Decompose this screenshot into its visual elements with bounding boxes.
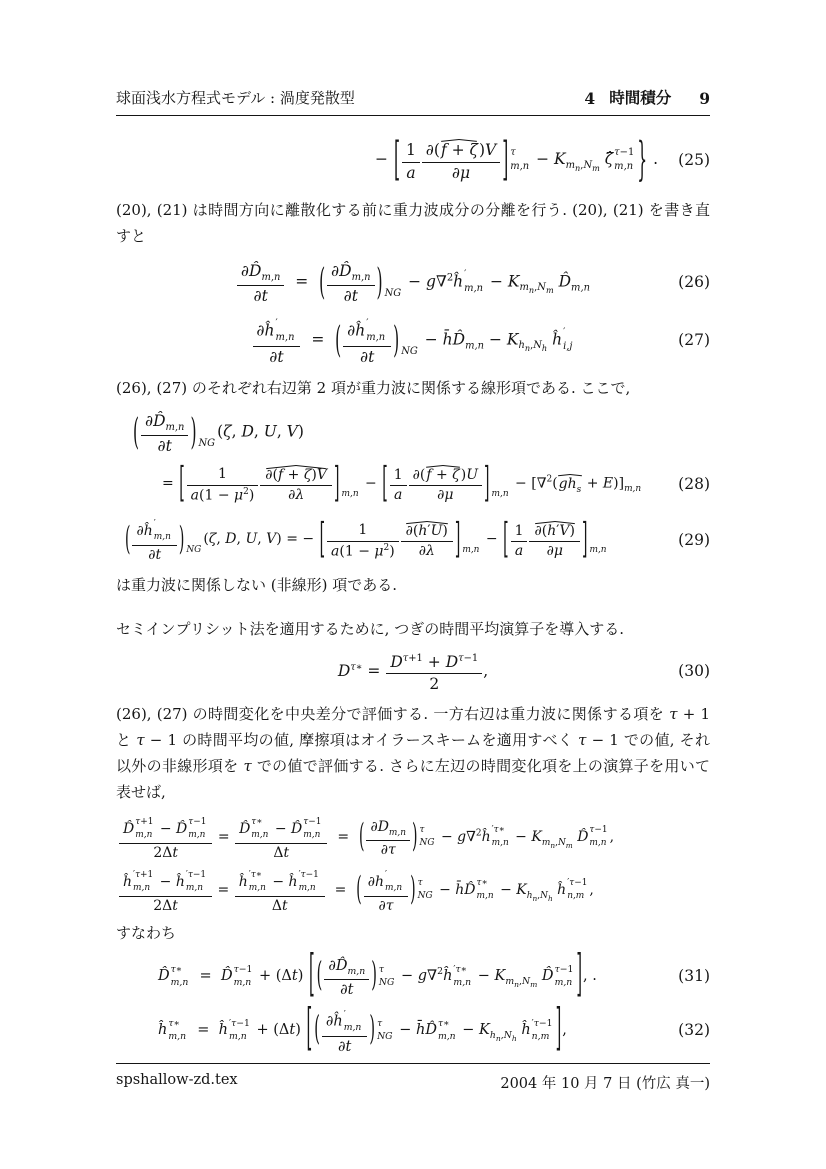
paragraph-semi-implicit: セミインプリシット法を適用するために, つぎの時間平均演算子を導入する. (116, 617, 710, 643)
equation-31: D̂τ∗m,n = D̂τ−1m,n + (Δt) [(∂D̂m,n∂t)τNG… (116, 949, 710, 1003)
page-content: 球面浅水方程式モデル : 渦度発散型 4 時間積分 9 − [1a∂(f + ζ… (116, 86, 710, 1057)
equation-unnumbered-height-body: ĥ′τ+1m,n − ĥ′τ−1m,n2Δt = ĥ′τ∗m,n − ĥ′τ−1… (118, 865, 594, 915)
equation-25: − [1a∂(f + ζ)V∂μ]τm,n − Kmn,Nm ζ̂τ−1m,n}… (116, 134, 710, 186)
equation-28-line1-body: (∂D̂m,n∂t) NG(ζ, D, U, V) (132, 408, 304, 457)
equation-29: (∂ĥ′m,n∂t) NG(ζ, D, U, V) = − [1a(1 − μ2… (116, 513, 710, 567)
equation-32: ĥτ∗m,n = ĥ′τ−1m,n + (Δt) [(∂ĥ′m,n∂t)τNG … (116, 1003, 710, 1057)
equation-28-line1: (∂D̂m,n∂t) NG(ζ, D, U, V) (116, 408, 710, 457)
equation-29-body: (∂ĥ′m,n∂t) NG(ζ, D, U, V) = − [1a(1 − μ2… (124, 514, 609, 564)
equation-25-body: − [1a∂(f + ζ)V∂μ]τm,n − Kmn,Nm ζ̂τ−1m,n}… (375, 137, 658, 183)
equation-28-line2-body: = [1a(1 − μ2)∂(f + ζ)V∂λ] m,n − [1a∂(f +… (162, 462, 641, 505)
footer-date: 2004 年 10 月 7 日 (竹広 真一) (500, 1072, 710, 1093)
equation-26-number: (26) (678, 273, 710, 291)
equation-unnumbered-height: ĥ′τ+1m,n − ĥ′τ−1m,n2Δt = ĥ′τ∗m,n − ĥ′τ−1… (116, 865, 710, 915)
document-page: 球面浅水方程式モデル : 渦度発散型 4 時間積分 9 − [1a∂(f + ζ… (0, 0, 826, 1169)
paragraph-time-differencing: (26), (27) の時間変化を中央差分で評価する. 一方右辺は重力波に関係す… (116, 702, 710, 806)
equation-30: Dτ∗ = Dτ+1 + Dτ−12, (30) (116, 649, 710, 695)
paragraph-nonlinear-terms: は重力波に関係しない (非線形) 項である. (116, 573, 710, 599)
paragraph-namely: すなわち (116, 921, 710, 947)
footer-filename: spshallow-zd.tex (116, 1072, 238, 1093)
equation-32-body: ĥτ∗m,n = ĥ′τ−1m,n + (Δt) [(∂ĥ′m,n∂t)τNG … (158, 1004, 567, 1056)
page-number: 9 (699, 89, 710, 108)
equation-unnumbered-divergence: D̂τ+1m,n − D̂τ−1m,n2Δt = D̂τ∗m,n − D̂τ−1… (116, 812, 710, 862)
running-title: 球面浅水方程式モデル : 渦度発散型 (116, 87, 355, 108)
equation-31-number: (31) (678, 967, 710, 985)
equation-26: ∂D̂m,n∂t = (∂D̂m,n∂t) NG − g∇2ĥ′m,n − Km… (116, 258, 710, 307)
equation-26-body: ∂D̂m,n∂t = (∂D̂m,n∂t) NG − g∇2ĥ′m,n − Km… (236, 258, 590, 307)
section-number: 4 (584, 89, 595, 108)
header-right: 4 時間積分 9 (584, 86, 710, 108)
equation-27-number: (27) (678, 331, 710, 349)
equation-27: ∂ĥ′m,n∂t = (∂ĥ′m,n∂t) NG − h̄D̂m,n − Khn… (116, 313, 710, 368)
equation-unnumbered-divergence-body: D̂τ+1m,n − D̂τ−1m,n2Δt = D̂τ∗m,n − D̂τ−1… (118, 812, 614, 862)
equation-30-number: (30) (678, 662, 710, 680)
equation-29-number: (29) (678, 531, 710, 549)
paragraph-linear-terms: (26), (27) のそれぞれ右辺第 2 項が重力波に関係する線形項である. … (116, 376, 710, 402)
equation-25-number: (25) (678, 151, 710, 169)
page-footer: spshallow-zd.tex 2004 年 10 月 7 日 (竹広 真一) (116, 1063, 710, 1093)
equation-32-number: (32) (678, 1021, 710, 1039)
equation-28-number: (28) (678, 475, 710, 493)
paragraph-separation: (20), (21) は時間方向に離散化する前に重力波成分の分離を行う. (20… (116, 198, 710, 250)
equation-28-line2: = [1a(1 − μ2)∂(f + ζ)V∂λ] m,n − [1a∂(f +… (116, 457, 710, 511)
equation-27-body: ∂ĥ′m,n∂t = (∂ĥ′m,n∂t) NG − h̄D̂m,n − Khn… (252, 313, 575, 368)
section-title: 時間積分 (609, 86, 671, 108)
page-header: 球面浅水方程式モデル : 渦度発散型 4 時間積分 9 (116, 86, 710, 116)
equation-30-body: Dτ∗ = Dτ+1 + Dτ−12, (338, 649, 488, 695)
equation-31-body: D̂τ∗m,n = D̂τ−1m,n + (Δt) [(∂D̂m,n∂t)τNG… (158, 953, 597, 999)
